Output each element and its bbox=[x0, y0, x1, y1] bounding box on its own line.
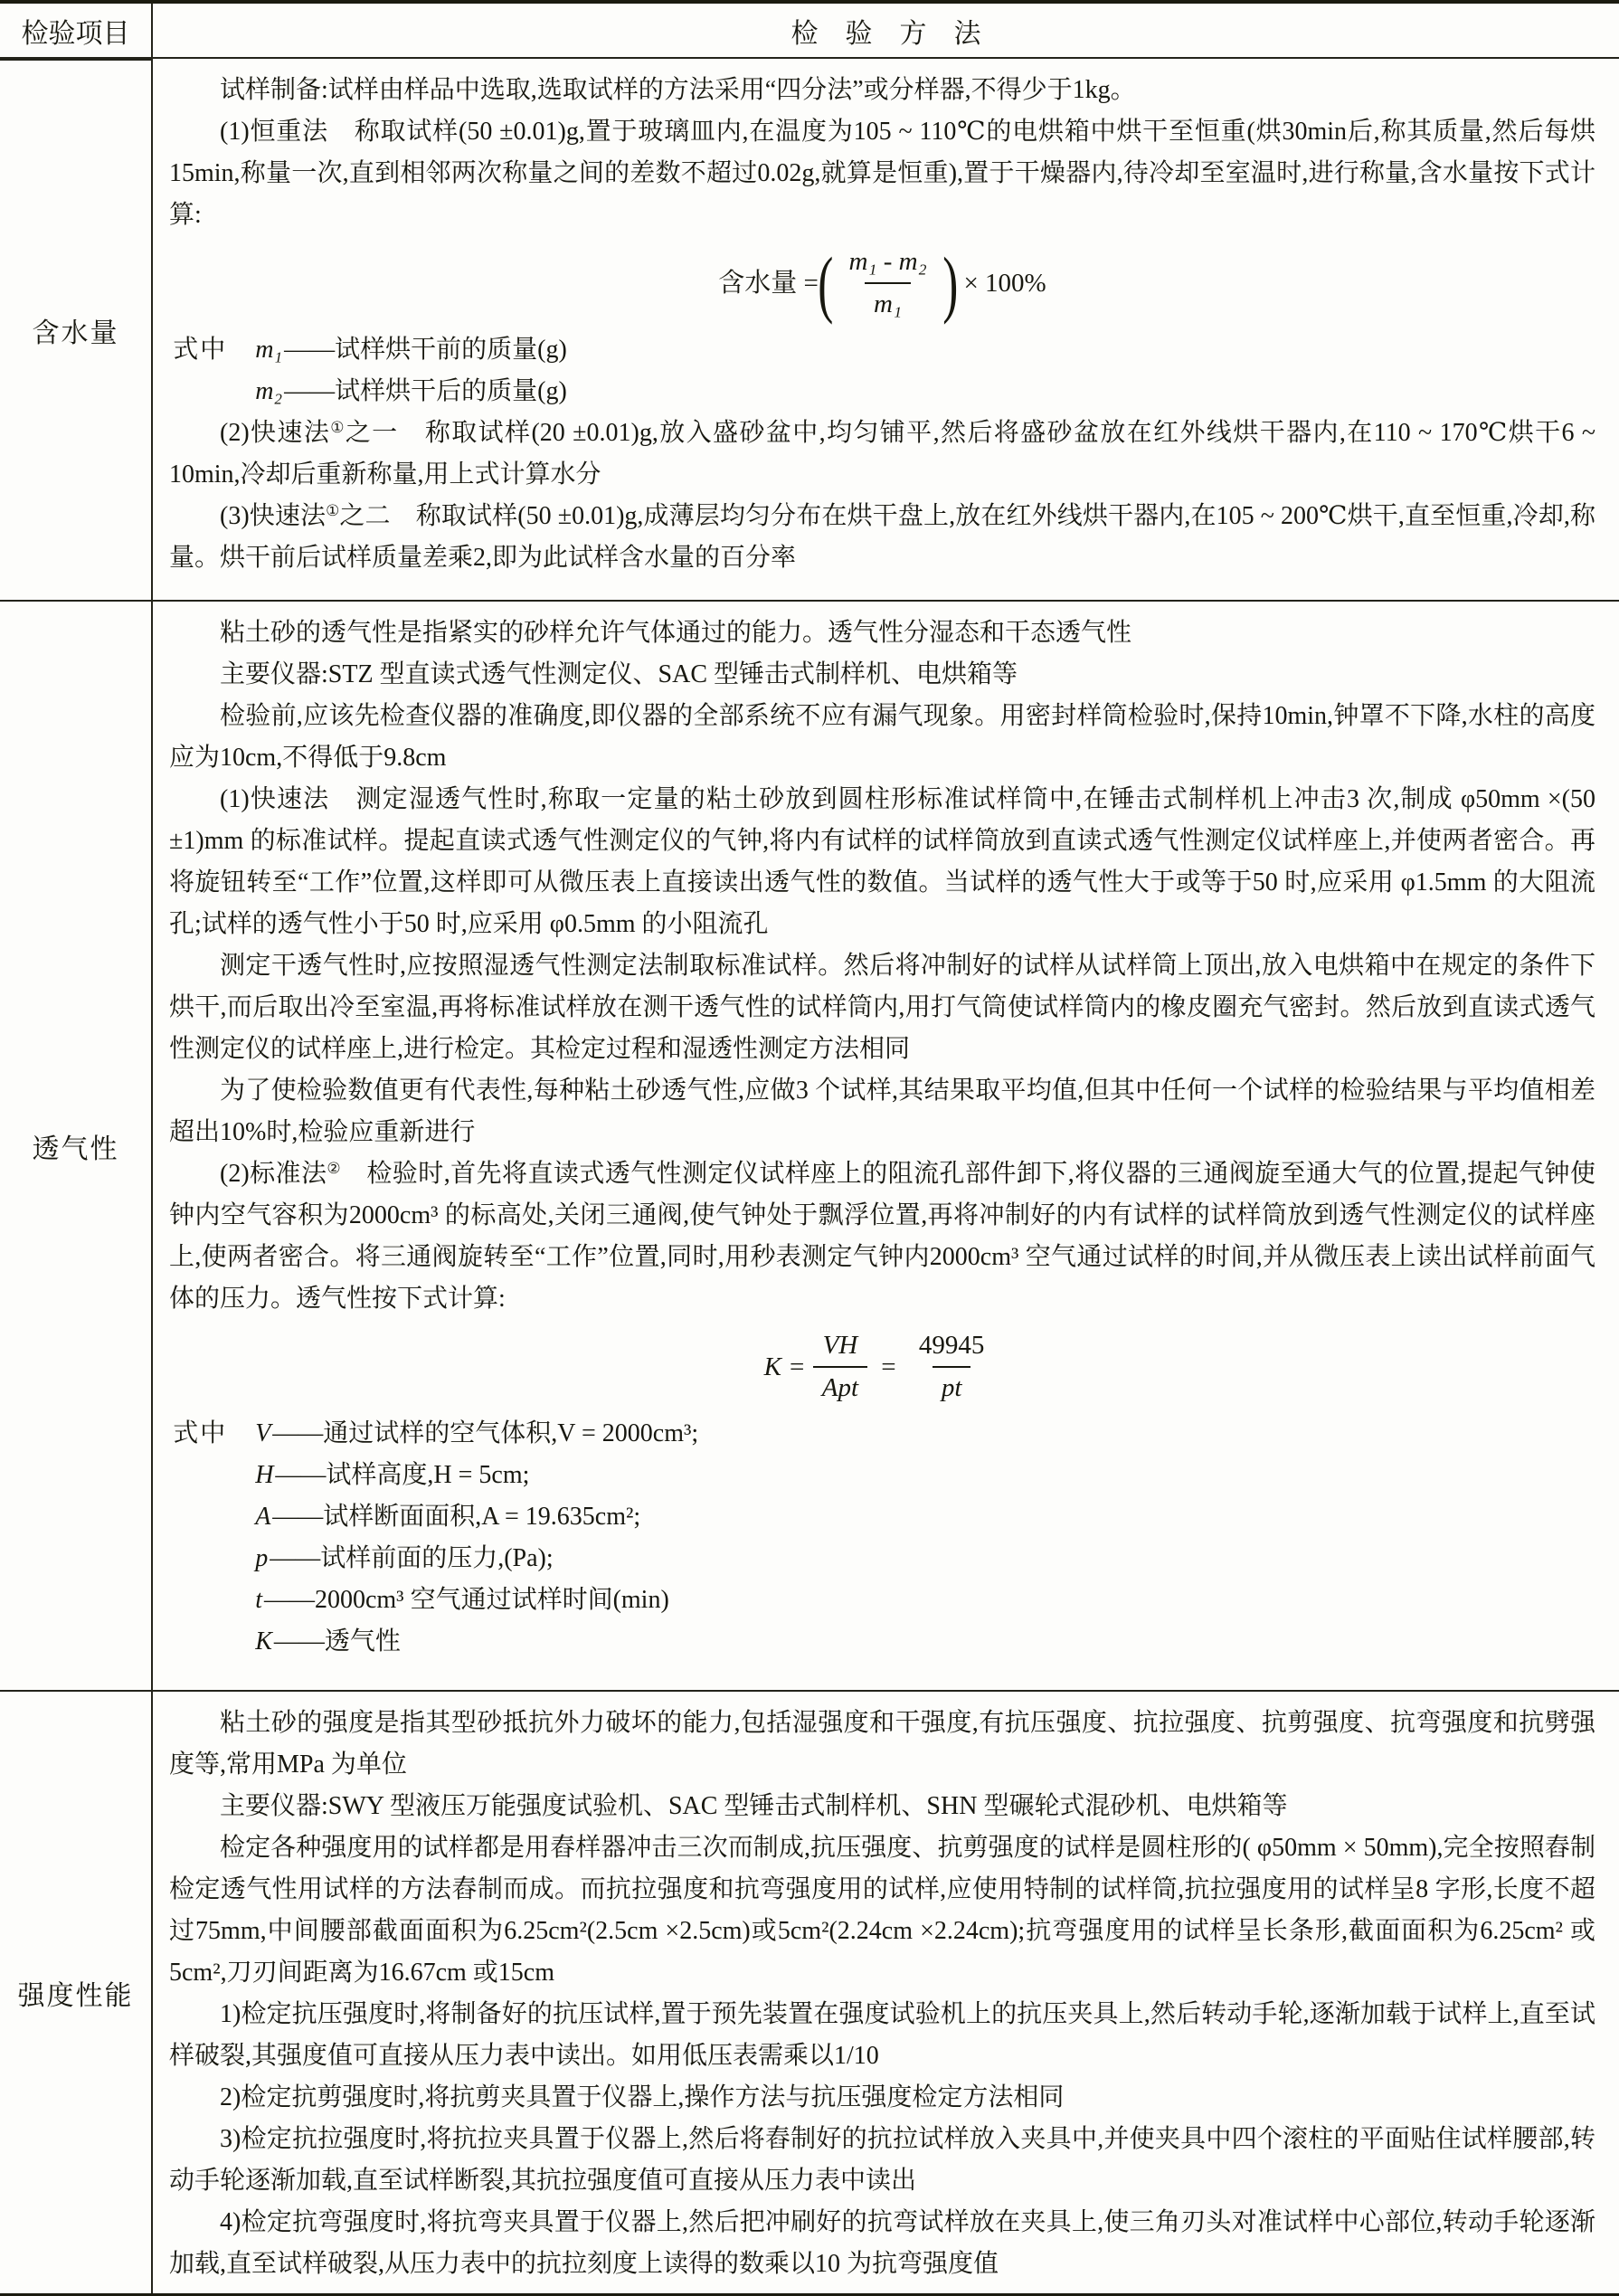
equation: 含水量 =(m₁ - m₂m₁) × 100% bbox=[169, 245, 1595, 322]
definition-text: ——透气性 bbox=[274, 1627, 401, 1656]
variable-symbol: t bbox=[255, 1586, 264, 1614]
fraction-denominator: Apt bbox=[813, 1366, 867, 1405]
definition-text: ——通过试样的空气体积,V = 2000cm³; bbox=[272, 1419, 698, 1447]
fraction: VHApt bbox=[813, 1329, 867, 1406]
paragraph: 主要仪器:STZ 型直读式透气性测定仪、SAC 型锤击式制样机、电烘箱等 bbox=[169, 654, 1595, 696]
header-method-column: 检 验 方 法 bbox=[153, 4, 1619, 59]
paragraph: 2)检定抗剪强度时,将抗剪夹具置于仪器上,操作方法与抗压强度检定方法相同 bbox=[169, 2077, 1595, 2119]
equation-text: = bbox=[875, 1352, 903, 1382]
definition-lead: 式中 bbox=[173, 1413, 227, 1455]
footnote-marker: ② bbox=[327, 1160, 341, 1177]
footnote-marker: ① bbox=[326, 501, 339, 518]
paragraph: 为了使检验数值更有代表性,每种粘土砂透气性,应做3 个试样,其结果取平均值,但其… bbox=[169, 1070, 1595, 1153]
row-content-3: 粘土砂的强度是指其型砂抵抗外力破坏的能力,包括湿强度和干强度,有抗压强度、抗拉强… bbox=[153, 1690, 1619, 2293]
fraction: m₁ - m₂m₁ bbox=[839, 245, 935, 322]
definition-text: ——试样前面的压力,(Pa); bbox=[270, 1544, 553, 1572]
formula-definition-line: H——试样高度,H = 5cm; bbox=[169, 1455, 1595, 1496]
paragraph: (1)快速法 测定湿透气性时,称取一定量的粘土砂放到圆柱形标准试样筒中,在锤击式… bbox=[169, 779, 1595, 945]
formula-definition-line: 式中V——通过试样的空气体积,V = 2000cm³; bbox=[169, 1413, 1595, 1455]
variable-symbol: p bbox=[255, 1544, 270, 1572]
fraction: 49945pt bbox=[910, 1329, 994, 1406]
definition-lead: 式中 bbox=[173, 329, 227, 371]
definition-text: ——试样断面面积,A = 19.635cm²; bbox=[272, 1503, 640, 1531]
formula-definition-line: m₂——试样烘干后的质量(g) bbox=[169, 371, 1595, 413]
row-label-1: 含水量 bbox=[0, 59, 153, 600]
row-label-text: 含水量 bbox=[33, 310, 119, 350]
formula-definition-line: p——试样前面的压力,(Pa); bbox=[169, 1538, 1595, 1580]
definition-text: ——试样烘干前的质量(g) bbox=[284, 336, 567, 364]
paragraph: 检定各种强度用的试样都是用舂样器冲击三次而制成,抗压强度、抗剪强度的试样是圆柱形… bbox=[169, 1827, 1595, 1994]
equation-text: K = bbox=[764, 1352, 806, 1382]
formula-definition-line: t——2000cm³ 空气通过试样时间(min) bbox=[169, 1580, 1595, 1621]
variable-symbol: A bbox=[255, 1503, 272, 1531]
paragraph: (2)标准法② 检验时,首先将直读式透气性测定仪试样座上的阻流孔部件卸下,将仪器… bbox=[169, 1153, 1595, 1320]
definition-text: ——试样高度,H = 5cm; bbox=[275, 1461, 529, 1489]
definition-text: ——试样烘干后的质量(g) bbox=[284, 377, 567, 405]
fraction-numerator: 49945 bbox=[910, 1329, 994, 1366]
paragraph: 粘土砂的透气性是指紧实的砂样允许气体通过的能力。透气性分湿态和干态透气性 bbox=[169, 612, 1595, 654]
variable-symbol: m₁ bbox=[255, 336, 284, 364]
equation: K =VHApt = 49945pt bbox=[169, 1329, 1595, 1406]
paragraph: (3)快速法①之二 称取试样(50 ±0.01)g,成薄层均匀分布在烘干盘上,放… bbox=[169, 496, 1595, 579]
paragraph: 检验前,应该先检查仪器的准确度,即仪器的全部系统不应有漏气现象。用密封样筒检验时… bbox=[169, 696, 1595, 779]
paragraph: 3)检定抗拉强度时,将抗拉夹具置于仪器上,然后将舂制好的抗拉试样放入夹具中,并使… bbox=[169, 2119, 1595, 2202]
variable-symbol: K bbox=[255, 1627, 274, 1656]
paragraph: (2)快速法①之一 称取试样(20 ±0.01)g,放入盛砂盆中,均匀铺平,然后… bbox=[169, 413, 1595, 496]
equation-text: × 100% bbox=[957, 269, 1046, 299]
paragraph: 试样制备:试样由样品中选取,选取试样的方法采用“四分法”或分样器,不得少于1kg… bbox=[169, 70, 1595, 111]
row-content-1: 试样制备:试样由样品中选取,选取试样的方法采用“四分法”或分样器,不得少于1kg… bbox=[153, 59, 1619, 600]
paragraph: 测定干透气性时,应按照湿透气性测定法制取标准试样。然后将冲制好的试样从试样筒上顶… bbox=[169, 945, 1595, 1070]
header-method-label: 检 验 方 法 bbox=[791, 11, 981, 51]
fraction-denominator: pt bbox=[933, 1366, 971, 1405]
definition-text: ——2000cm³ 空气通过试样时间(min) bbox=[264, 1586, 669, 1614]
row-label-text: 强度性能 bbox=[18, 1973, 134, 2013]
header-item-column: 检验项目 bbox=[0, 4, 153, 59]
fraction-numerator: VH bbox=[814, 1329, 867, 1366]
row-label-3: 强度性能 bbox=[0, 1690, 153, 2293]
fraction-denominator: m₁ bbox=[865, 282, 911, 321]
formula-definition-line: 式中m₁——试样烘干前的质量(g) bbox=[169, 329, 1595, 371]
paragraph: 4)检定抗弯强度时,将抗弯夹具置于仪器上,然后把冲刷好的抗弯试样放在夹具上,使三… bbox=[169, 2202, 1595, 2285]
equation-text: 含水量 = bbox=[718, 269, 819, 299]
footnote-marker: ① bbox=[330, 418, 345, 435]
row-content-2: 粘土砂的透气性是指紧实的砂样允许气体通过的能力。透气性分湿态和干态透气性主要仪器… bbox=[153, 600, 1619, 1690]
document-page: 检验项目 检 验 方 法 含水量试样制备:试样由样品中选取,选取试样的方法采用“… bbox=[0, 0, 1619, 2296]
inspection-methods-table: 检验项目 检 验 方 法 含水量试样制备:试样由样品中选取,选取试样的方法采用“… bbox=[0, 0, 1619, 2296]
paragraph: 粘土砂的强度是指其型砂抵抗外力破坏的能力,包括湿强度和干强度,有抗压强度、抗拉强… bbox=[169, 1703, 1595, 1786]
paragraph: (1)恒重法 称取试样(50 ±0.01)g,置于玻璃皿内,在温度为105 ~ … bbox=[169, 111, 1595, 236]
fraction-numerator: m₁ - m₂ bbox=[839, 245, 935, 282]
variable-symbol: V bbox=[255, 1419, 272, 1447]
variable-symbol: m₂ bbox=[255, 377, 284, 405]
paragraph: 主要仪器:SWY 型液压万能强度试验机、SAC 型锤击式制样机、SHN 型碾轮式… bbox=[169, 1786, 1595, 1827]
formula-definition-line: K——透气性 bbox=[169, 1621, 1595, 1663]
header-item-label: 检验项目 bbox=[22, 11, 130, 51]
variable-symbol: H bbox=[255, 1461, 275, 1489]
row-label-text: 透气性 bbox=[33, 1126, 119, 1166]
row-label-2: 透气性 bbox=[0, 600, 153, 1690]
paragraph: 1)检定抗压强度时,将制备好的抗压试样,置于预先装置在强度试验机上的抗压夹具上,… bbox=[169, 1994, 1595, 2077]
formula-definition-line: A——试样断面面积,A = 19.635cm²; bbox=[169, 1496, 1595, 1538]
